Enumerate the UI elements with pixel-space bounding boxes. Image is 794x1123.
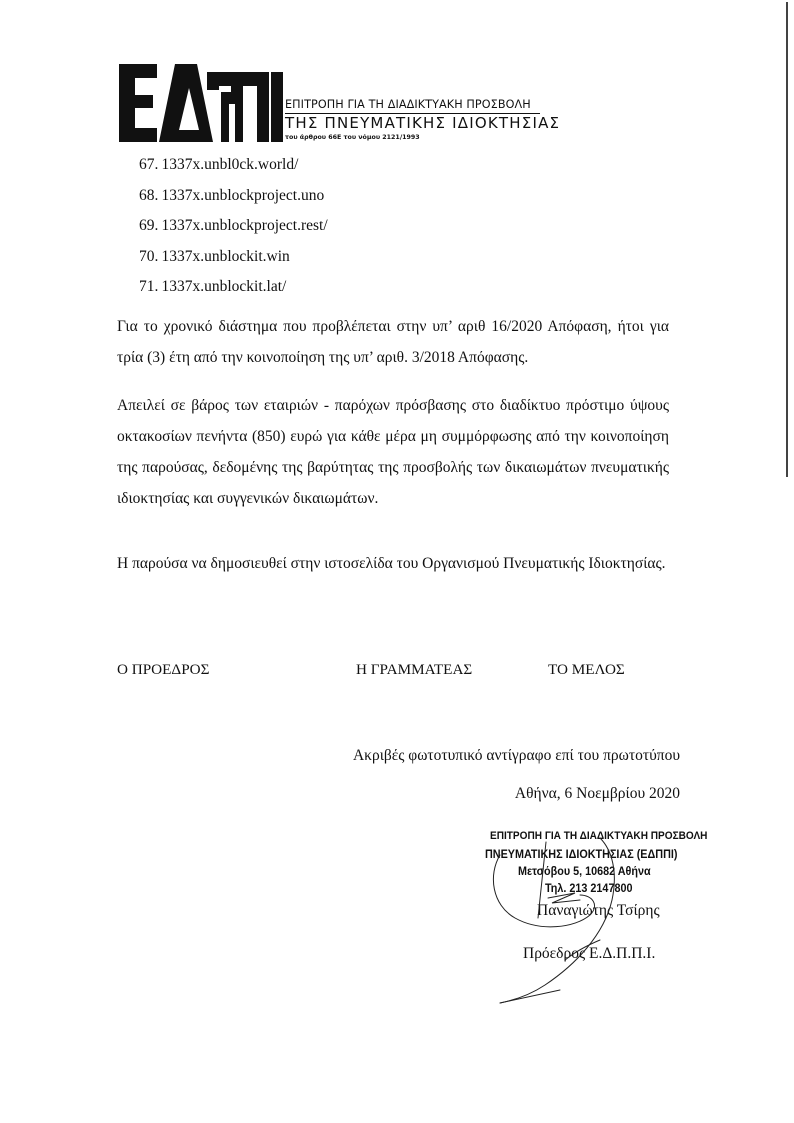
stamp-phone: Τηλ. 213 2147800 xyxy=(545,881,632,895)
duration-paragraph: Για το χρονικό διάστημα που προβλέπεται … xyxy=(117,311,669,373)
stamp-line1: ΕΠΙΤΡΟΠΗ ΓΙΑ ΤΗ ΔΙΑΔΙΚΤΥΑΚΗ ΠΡΟΣΒΟΛΗ xyxy=(490,830,707,842)
item-number: 68. xyxy=(139,181,158,211)
list-item: 71. 1337x.unblockit.lat/ xyxy=(139,272,328,303)
place-date: Αθήνα, 6 Νοεμβρίου 2020 xyxy=(515,785,680,803)
item-number: 69. xyxy=(139,211,158,241)
item-number: 67. xyxy=(139,150,158,180)
blocked-url-list: 67. 1337x.unbl0ck.world/ 68. 1337x.unblo… xyxy=(139,150,328,303)
signatory-name: Παναγιώτης Τσίρης xyxy=(537,902,660,920)
item-url: 1337x.unbl0ck.world/ xyxy=(161,156,298,173)
list-item: 70. 1337x.unblockit.win xyxy=(139,242,328,273)
item-url: 1337x.unblockit.lat/ xyxy=(161,278,286,295)
certified-copy-note: Ακριβές φωτοτυπικό αντίγραφο επί του πρω… xyxy=(353,747,680,765)
signer-president: Ο ΠΡΟΕΔΡΟΣ xyxy=(117,661,209,679)
list-item: 67. 1337x.unbl0ck.world/ xyxy=(139,150,328,181)
org-legal-basis: του άρθρου 66Ε του νόμου 2121/1993 xyxy=(285,134,420,141)
scan-artifact-line xyxy=(786,2,788,477)
stamp-address: Μετσόβου 5, 10682 Αθήνα xyxy=(518,864,651,878)
item-number: 71. xyxy=(139,272,158,302)
item-url: 1337x.unblockit.win xyxy=(161,248,289,265)
list-item: 69. 1337x.unblockproject.rest/ xyxy=(139,211,328,242)
signer-member: ΤΟ ΜΕΛΟΣ xyxy=(548,661,625,679)
document-page: ΕΠΙΤΡΟΠΗ ΓΙΑ ΤΗ ΔΙΑΔΙΚΤΥΑΚΗ ΠΡΟΣΒΟΛΗ ΤΗΣ… xyxy=(0,0,794,1123)
org-name-line1: ΕΠΙΤΡΟΠΗ ΓΙΑ ΤΗ ΔΙΑΔΙΚΤΥΑΚΗ ΠΡΟΣΒΟΛΗ xyxy=(285,98,531,111)
org-name-line2: ΤΗΣ ΠΝΕΥΜΑΤΙΚΗΣ ΙΔΙΟΚΤΗΣΙΑΣ xyxy=(285,114,560,132)
stamp-line2: ΠΝΕΥΜΑΤΙΚΗΣ ΙΔΙΟΚΤΗΣΙΑΣ (ΕΔΠΠΙ) xyxy=(485,847,677,861)
item-url: 1337x.unblockproject.uno xyxy=(161,187,324,204)
penalty-paragraph: Απειλεί σε βάρος των εταιριών - παρόχων … xyxy=(117,390,669,514)
list-item: 68. 1337x.unblockproject.uno xyxy=(139,181,328,212)
signer-secretary: Η ΓΡΑΜΜΑΤΕΑΣ xyxy=(356,661,472,679)
publication-paragraph: Η παρούσα να δημοσιευθεί στην ιστοσελίδα… xyxy=(117,548,669,579)
item-number: 70. xyxy=(139,242,158,272)
signatory-title: Πρόεδρος Ε.Δ.Π.Π.Ι. xyxy=(523,945,655,963)
item-url: 1337x.unblockproject.rest/ xyxy=(161,217,327,234)
edppi-logo-icon xyxy=(117,62,283,144)
